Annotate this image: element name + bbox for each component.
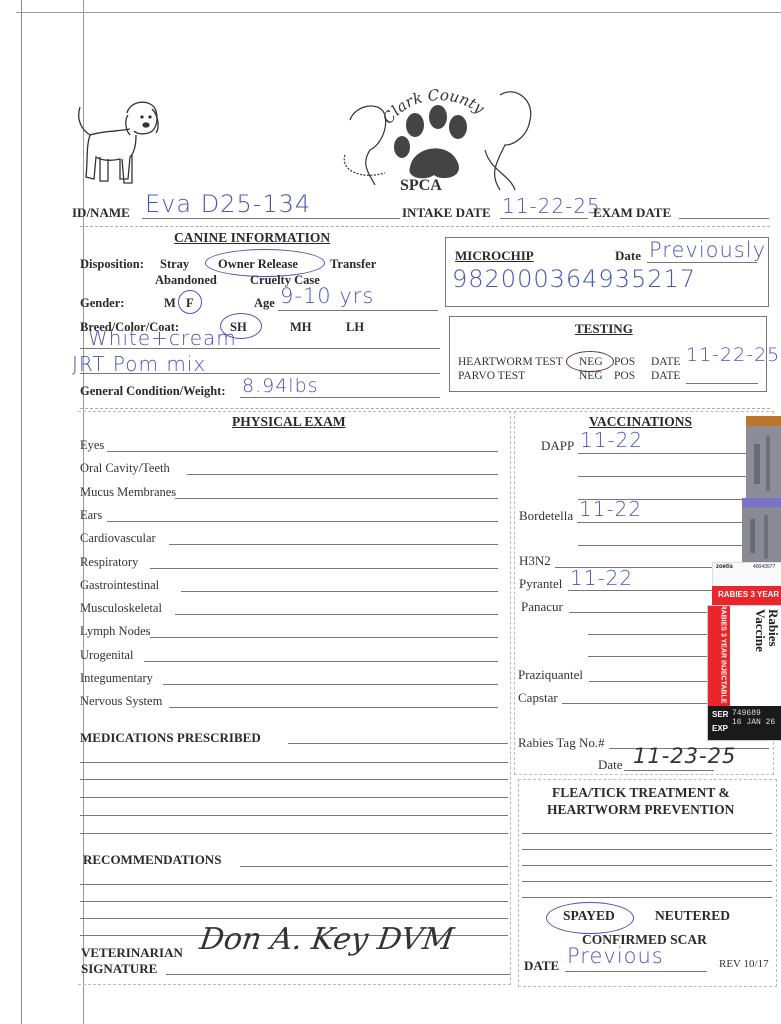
heartworm-neg-circle <box>566 351 614 372</box>
intake-date-label: INTAKE DATE <box>402 205 491 221</box>
rabies-date-underline <box>624 770 714 771</box>
exam-item-field[interactable] <box>107 521 498 522</box>
ser-label: SER <box>712 710 728 719</box>
rabies-date-field[interactable]: 11-23-25 <box>633 744 736 768</box>
breed-underline <box>80 373 440 374</box>
disposition-abandoned[interactable]: Abandoned <box>155 273 217 288</box>
divider <box>80 408 770 409</box>
praziquantel-label: Praziquantel <box>518 667 583 683</box>
flea-tick-line[interactable] <box>522 833 772 834</box>
divider <box>80 226 770 227</box>
age-underline <box>278 310 438 311</box>
rabies-side-text: RABIES 3 YEAR INJECTABLE <box>720 605 727 695</box>
bordetella-underline <box>577 522 767 523</box>
zoetis-brand: zoetis <box>716 564 733 570</box>
flea-tick-line[interactable] <box>522 849 772 850</box>
heartworm-date-field[interactable]: 11-22-25 <box>686 344 780 366</box>
pyrantel-label: Pyrantel <box>519 576 562 592</box>
exam-item-label: Musculoskeletal <box>80 601 162 616</box>
exam-item-label: Respiratory <box>80 555 138 570</box>
vaccine-sticker-dapp <box>746 416 781 506</box>
parvo-neg[interactable]: NEG <box>579 370 603 382</box>
parvo-date-field[interactable] <box>686 383 758 384</box>
pyrantel-field[interactable]: 11-22 <box>570 566 633 590</box>
exam-item-label: Mucus Membranes <box>80 485 176 500</box>
exam-item-label: Lymph Nodes <box>80 624 150 639</box>
exam-item-label: Urogenital <box>80 648 133 663</box>
flea-tick-line[interactable] <box>522 881 772 882</box>
id-name-field[interactable]: Eva D25-134 <box>145 190 311 218</box>
rabies-date-label: Date <box>598 757 623 773</box>
zoetis-label: zoetis 40043577 <box>712 562 781 588</box>
exam-item-label: Eyes <box>80 438 104 453</box>
medications-field[interactable] <box>288 743 508 744</box>
medication-line[interactable] <box>80 762 508 763</box>
medications-label: MEDICATIONS PRESCRIBED <box>80 730 261 746</box>
coat-lh[interactable]: LH <box>346 320 364 335</box>
panacur-label: Panacur <box>521 599 563 615</box>
physical-exam-title: PHYSICAL EXAM <box>232 414 346 430</box>
ser-value: 749689 <box>732 709 761 718</box>
exam-item-label: Ears <box>80 508 102 523</box>
exam-item-field[interactable] <box>163 684 498 685</box>
bordetella-field[interactable]: 11-22 <box>579 497 642 521</box>
intake-date-underline <box>500 218 588 219</box>
rabies-tag-label: Rabies Tag No.# <box>518 735 605 751</box>
exam-item-field[interactable] <box>144 661 498 662</box>
exam-item-field[interactable] <box>175 614 498 615</box>
neutered-option[interactable]: NEUTERED <box>655 908 730 924</box>
exam-item-label: Cardiovascular <box>80 531 156 546</box>
exam-date-field[interactable] <box>679 218 769 219</box>
disposition-transfer[interactable]: Transfer <box>330 257 376 272</box>
scan-top-line <box>16 12 781 13</box>
parvo-test-label: PARVO TEST <box>458 370 525 382</box>
disposition-label: Disposition: <box>80 257 144 272</box>
exam-item-field[interactable] <box>169 544 498 545</box>
exp-value: 16 JAN 26 <box>732 718 775 727</box>
rabies-banner-text: RABIES 3 YEAR <box>718 590 779 599</box>
microchip-date-label: Date <box>615 248 641 264</box>
flea-tick-line[interactable] <box>522 897 772 898</box>
microchip-date-field[interactable]: Previously <box>649 238 766 262</box>
scar-date-field[interactable]: Previous <box>567 944 664 968</box>
spca-logo: Clark County SPCA <box>340 75 540 200</box>
dapp-extra-line[interactable] <box>578 476 768 477</box>
parvo-date-label: DATE <box>651 370 680 382</box>
gender-f-circle <box>178 290 202 314</box>
rabies-title-2: Vaccine <box>752 609 768 679</box>
scan-edge-line <box>21 0 22 1024</box>
exam-item-field[interactable] <box>107 451 498 452</box>
recommendations-label: RECOMMENDATIONS <box>83 852 221 868</box>
vet-signature[interactable]: Don A. Key DVM <box>198 922 456 957</box>
color-underline <box>80 348 440 349</box>
exam-item-field[interactable] <box>175 498 498 499</box>
exam-item-field[interactable] <box>187 474 498 475</box>
dog-illustration <box>72 95 167 187</box>
dapp-underline <box>578 453 768 454</box>
vet-signature-label-2: SIGNATURE <box>81 961 157 977</box>
exam-item-field[interactable] <box>150 568 498 569</box>
capstar-label: Capstar <box>518 690 558 706</box>
heartworm-date-label: DATE <box>651 356 680 368</box>
condition-label: General Condition/Weight: <box>80 384 226 399</box>
medication-line[interactable] <box>80 815 508 816</box>
exam-item-label: Gastrointestinal <box>80 578 159 593</box>
disposition-stray[interactable]: Stray <box>160 257 189 272</box>
scar-date-label: DATE <box>524 958 559 974</box>
parvo-pos[interactable]: POS <box>614 370 635 382</box>
flea-tick-title-2: HEARTWORM PREVENTION <box>547 802 734 818</box>
gender-label: Gender: <box>80 296 124 311</box>
id-name-underline <box>142 218 400 219</box>
h3n2-label: H3N2 <box>519 553 551 569</box>
microchip-date-underline <box>647 262 757 263</box>
rabies-vaccine-sticker: RABIES 3 YEAR INJECTABLE Rabies Vaccine … <box>707 605 781 741</box>
intake-date-field[interactable]: 11-22-25 <box>502 194 601 218</box>
canine-info-title: CANINE INFORMATION <box>174 230 330 246</box>
rabies-banner: RABIES 3 YEAR <box>712 586 781 606</box>
exam-date-label: EXAM DATE <box>593 205 671 221</box>
zoetis-code: 40043577 <box>753 564 775 570</box>
flea-tick-title-1: FLEA/TICK TREATMENT & <box>552 785 730 801</box>
age-label: Age <box>254 296 275 311</box>
exam-item-field[interactable] <box>181 591 498 592</box>
heartworm-pos[interactable]: POS <box>614 356 635 368</box>
condition-field[interactable]: 8.94lbs <box>242 375 319 397</box>
gender-m[interactable]: M <box>164 296 176 311</box>
dapp-field[interactable]: 11-22 <box>580 428 643 452</box>
id-name-label: ID/NAME <box>72 205 130 221</box>
revision-label: REV 10/17 <box>719 958 769 970</box>
recommendation-line[interactable] <box>80 901 508 902</box>
scar-date-underline <box>565 971 707 972</box>
age-field[interactable]: 9-10 yrs <box>280 284 374 308</box>
bordetella-label: Bordetella <box>519 508 573 524</box>
medication-line[interactable] <box>80 779 508 780</box>
spayed-circle <box>546 902 634 934</box>
exam-item-label: Integumentary <box>80 671 153 686</box>
spca-text: SPCA <box>400 177 442 195</box>
exam-item-field[interactable] <box>150 637 498 638</box>
exam-item-label: Oral Cavity/Teeth <box>80 461 170 476</box>
medication-line[interactable] <box>80 797 508 798</box>
recommendations-field[interactable] <box>240 866 508 867</box>
recommendation-line[interactable] <box>80 918 508 919</box>
heartworm-test-label: HEARTWORM TEST <box>458 356 563 368</box>
medication-line[interactable] <box>80 833 508 834</box>
microchip-title: MICROCHIP <box>455 248 534 264</box>
condition-underline <box>240 397 440 398</box>
flea-tick-line[interactable] <box>522 865 772 866</box>
recommendation-line[interactable] <box>80 884 508 885</box>
bordetella-extra-line[interactable] <box>578 545 768 546</box>
testing-title: TESTING <box>575 321 633 337</box>
exp-label: EXP <box>712 724 728 733</box>
microchip-number-field[interactable]: 982000364935217 <box>452 265 696 293</box>
coat-mh[interactable]: MH <box>290 320 312 335</box>
exam-item-field[interactable] <box>169 707 498 708</box>
dapp-label: DAPP <box>541 438 574 454</box>
signature-underline <box>166 974 510 975</box>
exam-item-label: Nervous System <box>80 694 162 709</box>
vet-signature-label-1: VETERINARIAN <box>81 945 183 961</box>
vaccine-sticker-bordetella <box>742 498 781 571</box>
color-field[interactable]: White+cream <box>88 326 237 350</box>
